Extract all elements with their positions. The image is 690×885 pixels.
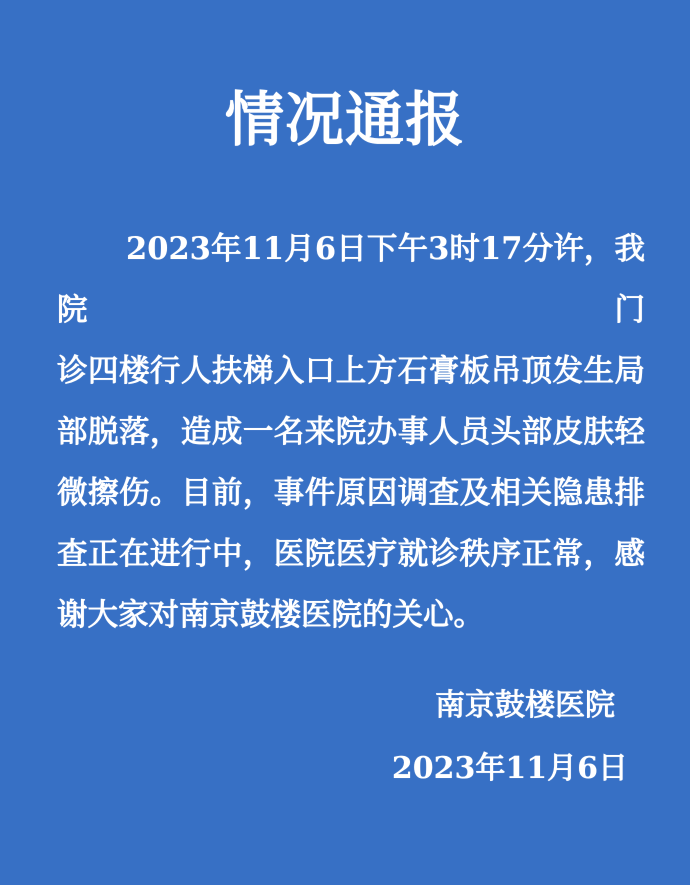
notice-title: 情况通报 xyxy=(0,84,690,156)
signature-org: 南京鼓楼医院 xyxy=(392,674,615,737)
body-line-1: 2023年11月6日下午3时17分许，我院门 xyxy=(57,219,645,341)
body-line-5: 查正在进行中，医院医疗就诊秩序正常，感 xyxy=(57,524,645,585)
body-line-4: 微擦伤。目前，事件原因调查及相关隐患排 xyxy=(57,463,645,524)
notice-poster: 情况通报 2023年11月6日下午3时17分许，我院门 诊四楼行人扶梯入口上方石… xyxy=(0,0,690,885)
body-line-6: 谢大家对南京鼓楼医院的关心。 xyxy=(57,585,645,646)
body-line-2: 诊四楼行人扶梯入口上方石膏板吊顶发生局 xyxy=(57,341,645,402)
signature-block: 南京鼓楼医院 2023年11月6日 xyxy=(392,674,628,800)
body-line-3: 部脱落，造成一名来院办事人员头部皮肤轻 xyxy=(57,402,645,463)
notice-body: 2023年11月6日下午3时17分许，我院门 诊四楼行人扶梯入口上方石膏板吊顶发… xyxy=(57,219,645,646)
signature-date: 2023年11月6日 xyxy=(392,737,628,800)
